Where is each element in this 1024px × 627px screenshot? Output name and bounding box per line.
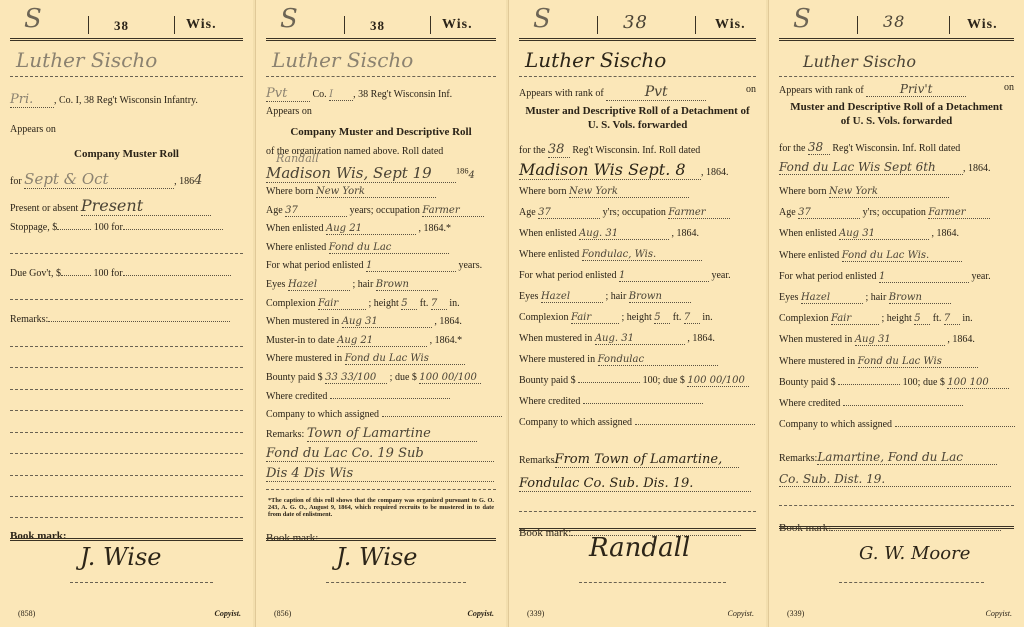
- copyist-label: Copyist.: [468, 609, 494, 618]
- form-number: (339): [787, 609, 804, 618]
- card-header: S 38 Wis.: [10, 12, 243, 41]
- field-label: ; hair: [865, 292, 886, 303]
- blank-line: [10, 495, 243, 497]
- field-label: For what period enlisted: [779, 271, 876, 282]
- field-value: 37: [798, 207, 860, 219]
- present-line: Present or absent Present: [10, 196, 243, 216]
- for-line: for the 38 Reg't Wisconsin. Inf. Roll da…: [519, 142, 756, 158]
- field-value: Farmer: [668, 207, 730, 219]
- field-label: ; hair: [605, 291, 626, 302]
- field-value: , 1864.*: [418, 223, 451, 234]
- field-label: Bounty paid $: [519, 375, 576, 386]
- field-value: in.: [449, 298, 459, 309]
- field-value: year.: [971, 271, 990, 282]
- field-row: Complexion Fair ; height 5 ft. 7 in.: [779, 313, 1014, 325]
- field-value: 100 00/100: [419, 372, 481, 384]
- field-value: Aug. 31: [595, 333, 685, 345]
- blank-line: [10, 409, 243, 411]
- field-row: When mustered in Aug. 31 , 1864.: [519, 333, 756, 345]
- field-label: y'rs; occupation: [863, 207, 926, 218]
- field-row: Muster-in to date Aug 21 , 1864.*: [266, 335, 496, 347]
- field-label: ; height: [368, 298, 398, 309]
- field-label: y'rs; occupation: [603, 207, 666, 218]
- field-row: Eyes Hazel ; hair Brown: [266, 279, 496, 291]
- field-row: Where mustered in Fondulac: [519, 354, 756, 366]
- field-label: ; height: [621, 312, 651, 323]
- field-row: For what period enlisted 1 years.: [266, 260, 496, 272]
- field-value: 37: [538, 207, 600, 219]
- field-label: When mustered in: [779, 334, 852, 345]
- field-value: Aug 31: [855, 334, 945, 346]
- field-label: When enlisted: [266, 223, 323, 234]
- card-header: S 38 Wis.: [779, 12, 1014, 41]
- appears-on: Appears on: [10, 124, 243, 135]
- field-value: 1: [366, 260, 456, 272]
- field-label: Complexion: [779, 313, 828, 324]
- field-value: 7: [944, 313, 960, 325]
- field-label: Where born: [266, 186, 313, 197]
- soldier-name: Luther Sischo: [519, 48, 756, 77]
- soldier-name: Luther Sischo: [266, 48, 496, 77]
- field-value: 100 100: [947, 377, 1009, 389]
- header-state: Wis.: [442, 17, 473, 33]
- blank-line: [10, 431, 243, 433]
- footnote: *The caption of this roll shows that the…: [268, 497, 494, 518]
- divider: [88, 16, 89, 34]
- field-label: For what period enlisted: [266, 260, 363, 271]
- field-label: Age: [266, 205, 283, 216]
- rank-line: Appears with rank of Pvt on: [519, 84, 756, 101]
- header-regiment: 38: [623, 12, 648, 33]
- header-initial: S: [24, 4, 42, 34]
- field-label: Eyes: [519, 291, 538, 302]
- divider: [174, 16, 175, 34]
- field-row: When mustered in Aug 31 , 1864.: [266, 316, 496, 328]
- blank-line: [266, 488, 496, 490]
- field-value: Fair: [571, 312, 619, 324]
- field-row: Company to which assigned: [519, 417, 756, 428]
- field-value: Aug 31: [839, 228, 929, 240]
- field-value: Fond du Lac: [329, 242, 449, 254]
- card-detachment-roll: S 38 Wis. Luther Sischo Appears with ran…: [508, 0, 766, 627]
- field-value: Fond du Lac Wis: [345, 353, 465, 365]
- remarks-line-3: Dis 4 Dis Wis: [266, 466, 496, 482]
- rank-line: Pri., Co. I, 38 Reg't Wisconsin Infantry…: [10, 92, 243, 108]
- field-row: Where mustered in Fond du Lac Wis: [779, 356, 1014, 368]
- field-label: Company to which assigned: [779, 419, 892, 430]
- roll-dated-line: Madison Wis, Sept 191864: [266, 164, 496, 183]
- field-value: 5: [654, 312, 670, 324]
- field-label: Where enlisted: [519, 249, 579, 260]
- remarks-line-2: Fond du Lac Co. 19 Sub: [266, 446, 496, 462]
- field-label: When enlisted: [519, 228, 576, 239]
- copyist-label: Copyist.: [728, 609, 754, 618]
- roll-dated-line: Madison Wis Sept. 8, 1864.: [519, 160, 756, 180]
- field-label: Where born: [519, 186, 566, 197]
- field-label: Where credited: [779, 398, 840, 409]
- field-label: For what period enlisted: [519, 270, 616, 281]
- field-label: When mustered in: [266, 316, 339, 327]
- rank-line: Pvt Co. I, 38 Reg't Wisconsin Inf.: [266, 86, 496, 102]
- for-line: for the 38 Reg't Wisconsin. Inf. Roll da…: [779, 140, 1014, 155]
- field-label: 100; due $: [643, 375, 685, 386]
- form-number: (339): [527, 609, 544, 618]
- soldier-name: Luther Sischo: [10, 48, 243, 77]
- field-row: Where enlisted Fond du Lac Wis.: [779, 250, 1014, 262]
- header-initial: S: [793, 4, 811, 34]
- field-row: For what period enlisted 1 year.: [519, 270, 756, 282]
- field-row: Bounty paid $ 100; due $ 100 100: [779, 377, 1014, 389]
- field-label: ; due $: [390, 372, 417, 383]
- header-initial: S: [533, 4, 551, 34]
- field-label: ; height: [881, 313, 911, 324]
- field-label: Age: [779, 207, 796, 218]
- roll-dated-line: Fond du Lac Wis Sept 6th, 1864.: [779, 160, 1014, 175]
- blank-line: [779, 504, 1014, 506]
- field-value: New York: [829, 186, 949, 198]
- remarks-line: Remarks:: [10, 314, 243, 325]
- remarks-line-2: Co. Sub. Dist. 19.: [779, 472, 1014, 487]
- field-value: year.: [711, 270, 730, 281]
- remarks-line: Remarks:Lamartine, Fond du Lac: [779, 450, 1014, 465]
- remarks-line-2: Fondulac Co. Sub. Dis. 19.: [519, 476, 756, 492]
- blank-line: [519, 510, 756, 512]
- field-label: 100; due $: [903, 377, 945, 388]
- field-value: [583, 403, 703, 404]
- field-row: For what period enlisted 1 year.: [779, 271, 1014, 283]
- header-state: Wis.: [186, 17, 217, 33]
- field-value: , 1864.*: [430, 335, 463, 346]
- card-company-muster-descriptive-roll: S 38 Wis. Luther Sischo Pvt Co. I, 38 Re…: [255, 0, 506, 627]
- blank-line: [10, 345, 243, 347]
- field-label: Where born: [779, 186, 826, 197]
- roll-title: Muster and Descriptive Roll of a Detachm…: [779, 100, 1014, 128]
- present-value: Present: [81, 196, 211, 216]
- field-row: Bounty paid $ 100; due $ 100 00/100: [519, 375, 756, 387]
- copyist-label: Copyist.: [215, 609, 241, 618]
- field-row: Age 37 y'rs; occupation Farmer: [779, 207, 1014, 219]
- remarks-line: Remarks: Town of Lamartine: [266, 426, 496, 442]
- field-value: Fond du Lac Wis: [858, 356, 978, 368]
- field-value: Fondulac, Wis.: [582, 249, 702, 261]
- field-value: Hazel: [801, 292, 863, 304]
- field-value: Aug 31: [342, 316, 432, 328]
- field-value: , 1864.: [687, 333, 715, 344]
- field-label: ft.: [673, 312, 682, 323]
- copyist-signature: J. Wise: [266, 538, 496, 597]
- field-value: [382, 416, 502, 417]
- due-gov-line: Due Gov't, $ 100 for: [10, 268, 243, 279]
- field-label: Muster-in to date: [266, 335, 335, 346]
- field-label: Complexion: [266, 298, 315, 309]
- field-row: Complexion Fair ; height 5 ft. 7 in.: [266, 298, 496, 310]
- blank-line: [10, 252, 243, 254]
- field-value: [330, 398, 450, 399]
- field-label: Eyes: [266, 279, 285, 290]
- field-label: Where mustered in: [779, 356, 855, 367]
- field-value: Fair: [318, 298, 366, 310]
- field-value: 1: [879, 271, 969, 283]
- field-value: [895, 426, 1015, 427]
- field-label: Company to which assigned: [519, 417, 632, 428]
- field-value: [838, 384, 900, 385]
- form-number: (856): [274, 609, 291, 618]
- for-value: Sept & Oct: [24, 170, 174, 189]
- field-row: Where born New York: [779, 186, 1014, 198]
- copyist-signature: G. W. Moore: [779, 526, 1014, 597]
- field-value: Fondulac: [598, 354, 718, 366]
- field-value: Brown: [629, 291, 691, 303]
- field-row: When enlisted Aug 31 , 1864.: [779, 228, 1014, 240]
- field-label: Bounty paid $: [266, 372, 323, 383]
- header-state: Wis.: [715, 17, 746, 33]
- field-value: Aug. 31: [579, 228, 669, 240]
- field-value: Brown: [889, 292, 951, 304]
- copyist-signature: J. Wise: [10, 538, 243, 597]
- roll-title: Company Muster Roll: [10, 148, 243, 160]
- field-value: Aug 21: [326, 223, 416, 235]
- header-state: Wis.: [967, 17, 998, 33]
- field-value: 5: [401, 298, 417, 310]
- field-label: Where mustered in: [519, 354, 595, 365]
- header-regiment: 38: [370, 18, 385, 34]
- field-value: years.: [458, 260, 482, 271]
- copyist-label: Copyist.: [986, 609, 1012, 618]
- field-label: Age: [519, 207, 536, 218]
- field-label: When mustered in: [519, 333, 592, 344]
- field-label: Bounty paid $: [779, 377, 836, 388]
- field-value: Hazel: [288, 279, 350, 291]
- form-number: (858): [18, 609, 35, 618]
- rank-value: Pri.: [10, 92, 54, 108]
- rank-line: Appears with rank of Priv't on: [779, 82, 1014, 97]
- card-header: S 38 Wis.: [266, 12, 496, 41]
- field-value: Farmer: [928, 207, 990, 219]
- blank-line: [10, 452, 243, 454]
- field-value: 7: [684, 312, 700, 324]
- field-value: Farmer: [422, 205, 484, 217]
- field-value: 33 33/100: [325, 372, 387, 384]
- field-value: Brown: [376, 279, 438, 291]
- field-row: Where enlisted Fond du Lac: [266, 242, 496, 254]
- field-label: When enlisted: [779, 228, 836, 239]
- soldier-name: Luther Sischo: [779, 48, 1014, 77]
- field-value: , 1864.: [931, 228, 959, 239]
- field-row: Age 37 years; occupation Farmer: [266, 205, 496, 217]
- field-value: Hazel: [541, 291, 603, 303]
- field-row: Where credited: [519, 396, 756, 407]
- copyist-signature: Randall: [519, 528, 756, 597]
- field-label: Where mustered in: [266, 353, 342, 364]
- blank-line: [10, 474, 243, 476]
- header-initial: S: [280, 4, 298, 34]
- field-value: [578, 382, 640, 383]
- field-row: Company to which assigned: [779, 419, 1014, 430]
- field-row: Where credited: [266, 391, 496, 402]
- field-label: Where credited: [266, 391, 327, 402]
- unit-text: , Co. I, 38 Reg't Wisconsin Infantry.: [54, 95, 198, 106]
- blank-line: [10, 388, 243, 390]
- card-header: S 38 Wis.: [519, 12, 756, 41]
- field-row: When mustered in Aug 31 , 1864.: [779, 334, 1014, 346]
- field-value: 5: [914, 313, 930, 325]
- field-label: ft.: [420, 298, 429, 309]
- blank-line: [10, 516, 243, 518]
- field-row: Where mustered in Fond du Lac Wis: [266, 353, 496, 365]
- field-value: New York: [316, 186, 436, 198]
- field-value: , 1864.: [671, 228, 699, 239]
- field-value: , 1864.: [434, 316, 462, 327]
- remarks-line: RemarksFrom Town of Lamartine,: [519, 452, 756, 468]
- field-value: 37: [285, 205, 347, 217]
- field-row: Where born New York: [266, 186, 496, 198]
- blank-line: [10, 366, 243, 368]
- blank-line: [10, 298, 243, 300]
- stoppage-line: Stoppage, $ 100 for: [10, 222, 243, 233]
- field-row: Complexion Fair ; height 5 ft. 7 in.: [519, 312, 756, 324]
- field-label: Complexion: [519, 312, 568, 323]
- field-label: Where credited: [519, 396, 580, 407]
- field-row: When enlisted Aug. 31 , 1864.: [519, 228, 756, 240]
- field-row: Where born New York: [519, 186, 756, 198]
- field-label: years; occupation: [350, 205, 420, 216]
- field-value: [635, 424, 755, 425]
- field-value: Fond du Lac Wis.: [842, 250, 962, 262]
- card-company-muster-roll: S 38 Wis. Luther Sischo Pri., Co. I, 38 …: [0, 0, 253, 627]
- field-row: When enlisted Aug 21 , 1864.*: [266, 223, 496, 235]
- field-label: Where enlisted: [266, 242, 326, 253]
- field-row: Where credited: [779, 398, 1014, 409]
- field-value: 1: [619, 270, 709, 282]
- field-label: ft.: [933, 313, 942, 324]
- roll-title: Company Muster and Descriptive Roll: [266, 126, 496, 138]
- field-row: Company to which assigned: [266, 409, 496, 420]
- field-row: Eyes Hazel ; hair Brown: [779, 292, 1014, 304]
- field-value: 7: [431, 298, 447, 310]
- field-label: Where enlisted: [779, 250, 839, 261]
- roll-title: Muster and Descriptive Roll of a Detachm…: [519, 104, 756, 132]
- field-value: New York: [569, 186, 689, 198]
- field-label: Company to which assigned: [266, 409, 379, 420]
- field-label: ; hair: [352, 279, 373, 290]
- field-value: in.: [702, 312, 712, 323]
- field-row: Eyes Hazel ; hair Brown: [519, 291, 756, 303]
- for-line: for Sept & Oct, 1864: [10, 170, 243, 189]
- field-value: [843, 405, 963, 406]
- field-row: Bounty paid $ 33 33/100 ; due $ 100 00/1…: [266, 372, 496, 384]
- header-regiment: 38: [883, 12, 905, 31]
- field-row: Where enlisted Fondulac, Wis.: [519, 249, 756, 261]
- field-row: Age 37 y'rs; occupation Farmer: [519, 207, 756, 219]
- appears-on: Appears on: [266, 106, 496, 117]
- field-value: Aug 21: [337, 335, 427, 347]
- field-value: in.: [962, 313, 972, 324]
- field-label: Eyes: [779, 292, 798, 303]
- field-value: Fair: [831, 313, 879, 325]
- header-regiment: 38: [114, 18, 129, 34]
- card-detachment-roll-2: S 38 Wis. Luther Sischo Appears with ran…: [768, 0, 1024, 627]
- field-value: , 1864.: [947, 334, 975, 345]
- field-value: 100 00/100: [687, 375, 749, 387]
